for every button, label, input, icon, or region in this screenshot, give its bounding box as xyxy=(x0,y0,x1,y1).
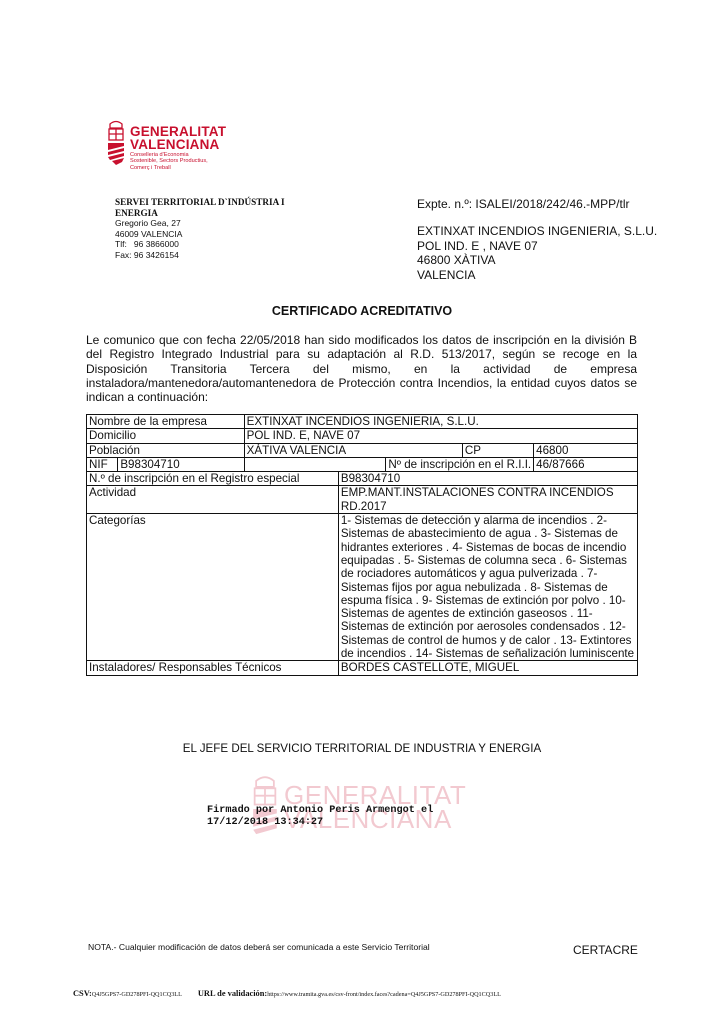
recipient-address: POL IND. E , NAVE 07 xyxy=(417,239,677,253)
cp-label: CP xyxy=(462,443,533,457)
rii-label: Nº de inscripción en el R.I.I. xyxy=(386,457,534,471)
instaladores-value: BORDES CASTELLOTE, MIGUEL xyxy=(338,661,637,675)
coat-of-arms-icon xyxy=(106,120,126,166)
logo-department: Conselleria d'Economia Sostenible, Secto… xyxy=(130,152,208,171)
body-paragraph: Le comunico que con fecha 22/05/2018 han… xyxy=(86,333,637,404)
table-row: Actividad EMP.MANT.INSTALACIONES CONTRA … xyxy=(87,486,638,514)
domicilio-value: POL IND. E, NAVE 07 xyxy=(244,429,637,443)
table-row: N.º de inscripción en el Registro especi… xyxy=(87,472,638,486)
sender-city: 46009 VALENCIA xyxy=(115,229,315,240)
instaladores-label: Instaladores/ Responsables Técnicos xyxy=(87,661,339,675)
expediente-number: Expte. n.º: ISALEI/2018/242/46.-MPP/tlr xyxy=(417,197,677,211)
document-code: CERTACRE xyxy=(573,943,638,957)
recipient-province: VALENCIA xyxy=(417,268,677,282)
table-row: Nombre de la empresa EXTINXAT INCENDIOS … xyxy=(87,415,638,429)
poblacion-label: Población xyxy=(87,443,245,457)
nif-value: B98304710 xyxy=(118,457,244,471)
registro-value: B98304710 xyxy=(338,472,637,486)
recipient-city: 46800 XÀTIVA xyxy=(417,253,677,267)
categorias-label: Categorías xyxy=(87,514,339,661)
table-row: NIF B98304710 Nº de inscripción en el R.… xyxy=(87,457,638,471)
poblacion-value: XÀTIVA VALENCIA xyxy=(244,443,462,457)
cp-value: 46800 xyxy=(534,443,638,457)
empresa-label: Nombre de la empresa xyxy=(87,415,245,429)
actividad-value: EMP.MANT.INSTALACIONES CONTRA INCENDIOS … xyxy=(338,486,637,514)
categorias-value: 1- Sistemas de detección y alarma de inc… xyxy=(338,514,637,661)
nif-label: NIF xyxy=(87,457,118,471)
footer-note: NOTA.- Cualquier modificación de datos d… xyxy=(88,942,430,952)
generalitat-logo: GENERALITAT VALENCIANA Conselleria d'Eco… xyxy=(106,120,246,172)
recipient-name: EXTINXAT INCENDIOS INGENIERIA, S.L.U. xyxy=(417,224,677,238)
actividad-label: Actividad xyxy=(87,486,339,514)
recipient-block: Expte. n.º: ISALEI/2018/242/46.-MPP/tlr … xyxy=(417,197,677,282)
table-row: Instaladores/ Responsables Técnicos BORD… xyxy=(87,661,638,675)
csv-label: CSV: xyxy=(73,989,92,998)
sender-block: SERVEI TERRITORIAL D`INDÚSTRIA I ENERGIA… xyxy=(115,197,315,260)
document-title: CERTIFICADO ACREDITATIVO xyxy=(0,304,724,318)
registration-table: Nombre de la empresa EXTINXAT INCENDIOS … xyxy=(86,414,638,676)
domicilio-label: Domicilio xyxy=(87,429,245,443)
sender-address: Gregorio Gea, 27 xyxy=(115,218,315,229)
csv-validation-line: CSV:Q4J5GPS7-GD278PFI-QQ1CQ3LLURL de val… xyxy=(73,989,501,998)
validation-url-link[interactable]: https://www.tramita.gva.es/csv-front/ind… xyxy=(267,991,501,998)
table-row: Categorías 1- Sistemas de detección y al… xyxy=(87,514,638,661)
registro-label: N.º de inscripción en el Registro especi… xyxy=(87,472,339,486)
csv-value: Q4J5GPS7-GD278PFI-QQ1CQ3LL xyxy=(92,991,182,998)
rii-value: 46/87666 xyxy=(534,457,638,471)
sender-fax: Fax: 96 3426154 xyxy=(115,250,315,261)
url-label: URL de validación: xyxy=(198,989,267,998)
table-row: Población XÀTIVA VALENCIA CP 46800 xyxy=(87,443,638,457)
empresa-value: EXTINXAT INCENDIOS INGENIERIA, S.L.U. xyxy=(244,415,637,429)
logo-wordmark: GENERALITAT VALENCIANA xyxy=(130,125,226,151)
signatory-title: EL JEFE DEL SERVICIO TERRITORIAL DE INDU… xyxy=(0,742,724,755)
sender-phone: Tlf: 96 3866000 xyxy=(115,239,315,250)
empty-cell xyxy=(244,457,386,471)
sender-org: SERVEI TERRITORIAL D`INDÚSTRIA I ENERGIA xyxy=(115,197,315,218)
digital-signature: Firmado por Antonio Peris Armengot el 17… xyxy=(207,805,433,828)
table-row: Domicilio POL IND. E, NAVE 07 xyxy=(87,429,638,443)
